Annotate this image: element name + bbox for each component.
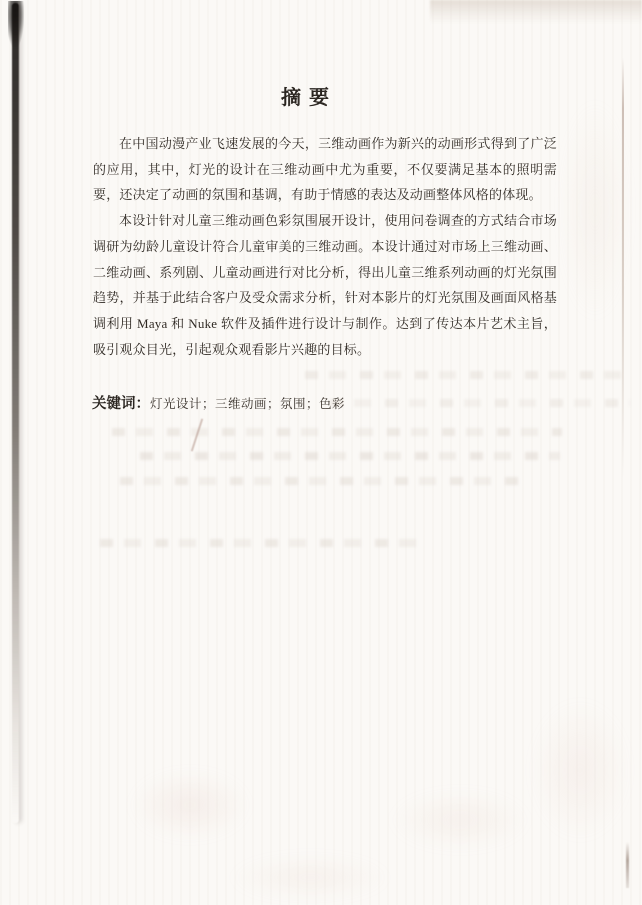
bleedthrough-mark — [112, 428, 562, 436]
paper-stain — [560, 100, 630, 320]
keywords-label: 关键词： — [92, 396, 150, 412]
scan-smudge-top-right — [430, 0, 642, 24]
keywords-value: 灯光设计；三维动画；氛围；色彩 — [150, 397, 345, 411]
page-edge-right — [622, 58, 624, 478]
scan-edge-left — [12, 3, 19, 823]
bleedthrough-mark — [305, 371, 630, 379]
bleedthrough-mark — [120, 477, 520, 485]
paper-stain — [530, 700, 630, 840]
bleedthrough-mark — [140, 452, 560, 460]
keywords-line: 关键词：灯光设计；三维动画；氛围；色彩 — [92, 393, 556, 415]
page-edge-right-bottom — [626, 842, 629, 888]
paper-stain — [390, 790, 530, 850]
abstract-paragraph-1: 在中国动漫产业飞速发展的今天，三维动画作为新兴的动画形式得到了广泛的应用，其中，… — [93, 131, 557, 208]
scanned-abstract-page: 摘要 在中国动漫产业飞速发展的今天，三维动画作为新兴的动画形式得到了广泛的应用，… — [0, 0, 642, 905]
abstract-body: 在中国动漫产业飞速发展的今天，三维动画作为新兴的动画形式得到了广泛的应用，其中，… — [93, 131, 557, 362]
bleedthrough-mark — [100, 539, 430, 547]
page-title: 摘要 — [77, 81, 541, 110]
abstract-paragraph-2: 本设计针对儿童三维动画色彩氛围展开设计，使用问卷调查的方式结合市场调研为幼龄儿童… — [93, 208, 557, 362]
paper-stain — [230, 855, 390, 900]
paper-stain — [130, 770, 250, 840]
